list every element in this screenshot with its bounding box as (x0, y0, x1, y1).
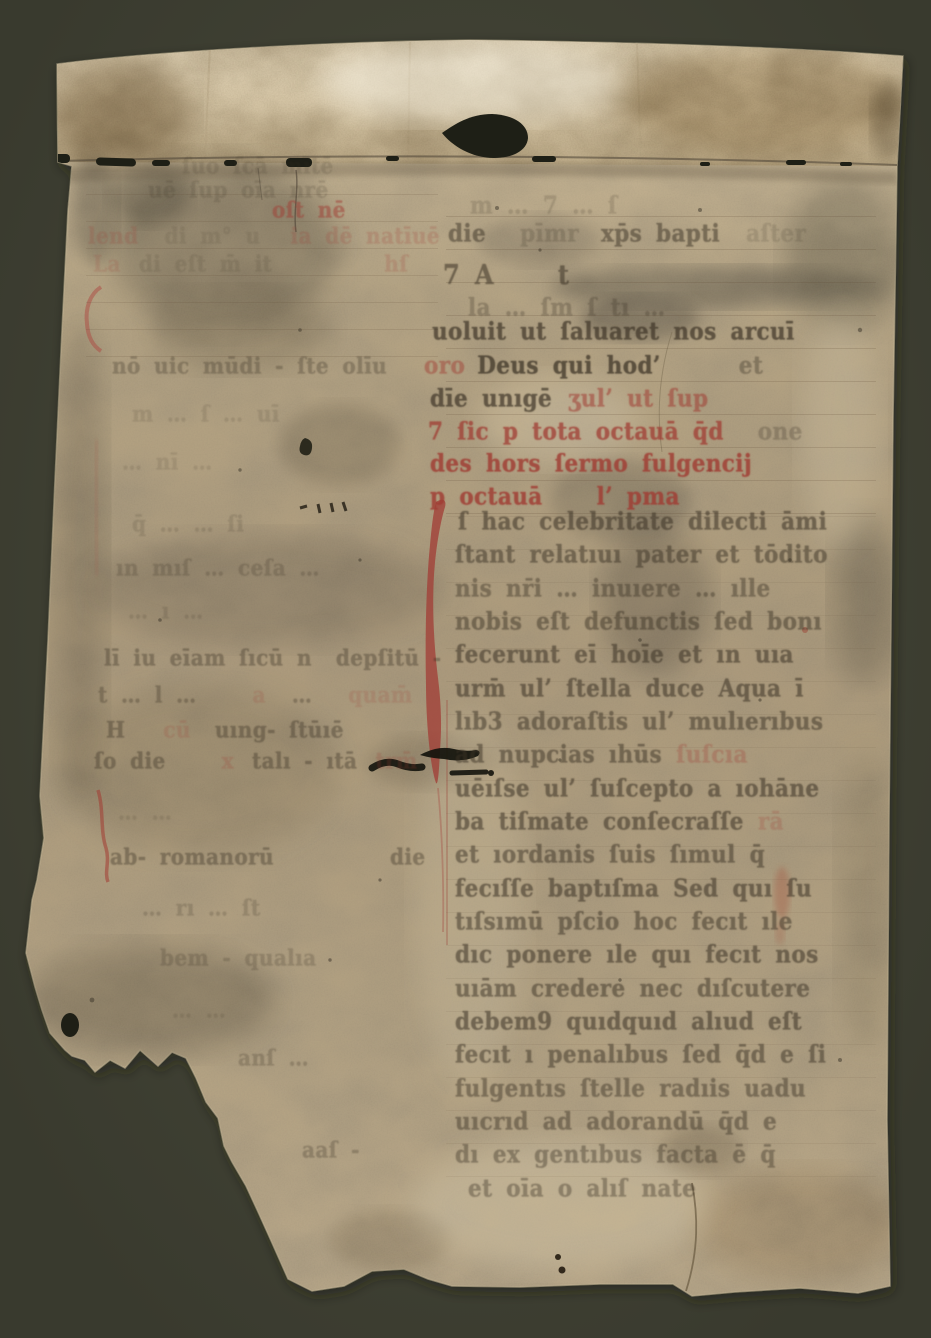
text-segment: depſitū - (336, 644, 442, 671)
text-segment: ab- romanorū (110, 843, 274, 870)
text-line: debem9 quıdquıd alıud eſt (455, 1008, 802, 1036)
text-segment: die (448, 220, 486, 248)
text-segment: m … ſ … uī (132, 400, 280, 427)
text-line: nis nr̄i … inuıere … ılle (455, 575, 771, 603)
text-segment: et (739, 352, 763, 380)
text-line: et ıordanis ſuis ſımul q̄ (455, 841, 765, 869)
text-line: ſ hac celebritate dilecti āmi (458, 508, 827, 536)
text-line: fecerunt eī hoīe et ın uıa (455, 641, 794, 669)
text-line: ſuo ſcā mītē (182, 152, 334, 179)
text-line: m … ſ … uī (132, 400, 280, 427)
text-segment: debem9 quıdquıd alıud eſt (455, 1008, 802, 1036)
text-line: Ladi eſt m̄ ithſ (93, 250, 408, 277)
text-line: ad nupcias ıhūsſuſcıa (455, 741, 748, 769)
text-segment: uıām credere nec dıſcutere (455, 975, 810, 1003)
text-segment: et ıordanis ſuis ſımul q̄ (455, 841, 765, 869)
text-layer: ſuo ſcā mītēuē ſup oīa nrēoſt nēlenddi m… (0, 0, 931, 1338)
text-line: et oīa o alıſ nate (468, 1175, 696, 1203)
text-segment: … nī … (122, 448, 212, 475)
text-segment: anſ … (238, 1044, 309, 1071)
text-segment: ſuſcıa (676, 741, 748, 769)
text-segment: 7 ſic p tota octauā q̄d (428, 418, 724, 446)
text-segment: ia dē natīuē (290, 222, 440, 249)
text-line: lī iu eīam ſıcū ndepſitū - (104, 644, 441, 671)
text-segment: oro (424, 352, 465, 380)
text-line: aaſ - (302, 1136, 360, 1163)
text-segment: ſtant relatıuı pater et tōdito (455, 541, 828, 569)
text-segment: q̄ … … ſi (132, 510, 244, 537)
text-segment: fecerunt eī hoīe et ın uıa (455, 641, 794, 669)
text-line: dı ex gentıbus facta ē q̄ (455, 1141, 776, 1169)
text-segment: uıng- ſtūıē (215, 716, 344, 743)
text-line: diepīmrxp̄s baptiaſter (448, 220, 806, 248)
text-segment: dīe unıgē (430, 385, 552, 413)
text-line: nō uic mūdi - ſte olīu (112, 352, 387, 379)
text-line: ſtant relatıuı pater et tōdito (455, 541, 828, 569)
text-line: uēıſse ul’ ſuſcepto a ıohāne (455, 775, 819, 803)
text-segment: Deus qui hod’ (477, 352, 661, 380)
text-line: dīe unıgēʒul’ ut ſup (430, 385, 708, 413)
text-line: p octauāl’ pma (430, 483, 680, 511)
text-line: ſo diextalı - ıtātrm̄ (94, 747, 418, 774)
text-segment: lend (88, 222, 138, 249)
text-segment: 7 A (443, 258, 494, 290)
text-line: ab- romanorūdie (110, 843, 425, 870)
text-segment: … … (118, 798, 172, 825)
text-segment: … (292, 681, 312, 708)
text-segment: quam̄ (348, 681, 412, 708)
text-line: … … (172, 996, 226, 1023)
text-line: lıb3 adoraſtis ul’ mulıerıbus (455, 708, 823, 736)
text-segment: aſter (746, 220, 806, 248)
text-segment: cū (163, 716, 191, 743)
text-segment: trm̄ (375, 747, 417, 774)
text-line: Hcūuıng- ſtūıē (106, 716, 344, 743)
text-segment: H (106, 716, 125, 743)
text-line: anſ … (238, 1044, 309, 1071)
text-segment: di m° u (164, 222, 260, 249)
text-segment: … rı … ſt (142, 894, 260, 921)
text-line: t … l …a…quam̄ (98, 681, 413, 708)
text-segment: t (558, 258, 570, 290)
text-segment: et oīa o alıſ nate (468, 1175, 696, 1203)
text-segment: die (390, 843, 426, 870)
text-line: dıc ponere ıle quı fecıt nos (455, 941, 819, 969)
text-segment: fecıt ı penalıbus ſed q̄d e ſi (455, 1041, 826, 1069)
text-segment: dı ex gentıbus facta ē q̄ (455, 1141, 776, 1169)
text-line: ba tiſmate conſecraſſerā (455, 808, 784, 836)
text-line: 7 ſic p tota octauā q̄done (428, 418, 803, 446)
text-segment: t … l … (98, 681, 197, 708)
text-segment: ın mıſ … ceſa … (116, 554, 320, 581)
text-segment: xp̄s bapti (601, 220, 720, 248)
text-segment: aaſ - (302, 1136, 360, 1163)
text-line: fecıſſe baptıſma Sed quı ſu (455, 875, 812, 903)
text-line: m … 7 … ſ (470, 192, 618, 220)
text-segment: pīmr (520, 220, 579, 248)
text-line: bem - qualıa (160, 944, 317, 971)
text-line: q̄ … … ſi (132, 510, 244, 537)
text-segment: di eſt m̄ it (139, 250, 272, 277)
text-segment: lī iu eīam ſıcū n (104, 644, 312, 671)
text-segment: a (253, 681, 266, 708)
text-segment: hſ (384, 250, 408, 277)
text-line: urm̄ ul’ ſtella duce Aqua ī (455, 675, 804, 703)
text-line: nobis eſt defunctis ſed bonı (455, 608, 822, 636)
text-line: fecıt ı penalıbus ſed q̄d e ſi (455, 1041, 826, 1069)
text-segment: ba tiſmate conſecraſſe (455, 808, 744, 836)
text-segment: ſ hac celebritate dilecti āmi (458, 508, 827, 536)
text-segment: nobis eſt defunctis ſed bonı (455, 608, 822, 636)
text-line: fulgentıs ſtelle radıis uadu (455, 1075, 806, 1103)
text-segment: des hors ſermo fulgencij (430, 450, 752, 478)
text-line: oſt nē (272, 196, 346, 223)
text-segment: oſt nē (272, 196, 346, 223)
text-line: oroDeus qui hod’et (424, 352, 763, 380)
text-segment: x (222, 747, 234, 774)
text-segment: rā (758, 808, 784, 836)
text-segment: bem - qualıa (160, 944, 317, 971)
text-segment: La (93, 250, 121, 277)
text-segment: tıſsımū pſcio hoc fecıt ıle (455, 908, 793, 936)
text-line: uıcrıd ad adorandū q̄d e (455, 1108, 777, 1136)
text-segment: ſuo ſcā mītē (182, 152, 334, 179)
text-segment: fulgentıs ſtelle radıis uadu (455, 1075, 806, 1103)
text-segment: uoluit ut ſaluaret nos arcuī (432, 318, 795, 346)
text-line: … nī … (122, 448, 212, 475)
text-segment: ʒul’ ut ſup (568, 385, 708, 413)
text-line: 7 At (443, 258, 569, 290)
text-segment: lıb3 adoraſtis ul’ mulıerıbus (455, 708, 823, 736)
text-segment: … ı … (128, 597, 204, 624)
text-line: … ı … (128, 597, 204, 624)
text-segment: nis nr̄i … inuıere … ılle (455, 575, 771, 603)
text-segment: uıcrıd ad adorandū q̄d e (455, 1108, 777, 1136)
text-segment: ſo die (94, 747, 166, 774)
text-line: uıām credere nec dıſcutere (455, 975, 810, 1003)
text-line: … rı … ſt (142, 894, 260, 921)
text-segment: p octauā (430, 483, 543, 511)
text-line: lenddi m° uia dē natīuē (88, 222, 440, 249)
text-line: uoluit ut ſaluaret nos arcuī (432, 318, 795, 346)
text-segment: one (758, 418, 803, 446)
text-line: des hors ſermo fulgencij (430, 450, 752, 478)
text-segment: dıc ponere ıle quı fecıt nos (455, 941, 819, 969)
text-segment: fecıſſe baptıſma Sed quı ſu (455, 875, 812, 903)
text-segment: m … 7 … ſ (470, 192, 618, 220)
manuscript-photo: ſuo ſcā mītēuē ſup oīa nrēoſt nēlenddi m… (0, 0, 931, 1338)
text-segment: l’ pma (597, 483, 680, 511)
text-segment: nō uic mūdi - ſte olīu (112, 352, 387, 379)
text-line: tıſsımū pſcio hoc fecıt ıle (455, 908, 793, 936)
text-segment: talı - ıtā (252, 747, 357, 774)
text-line: … … (118, 798, 172, 825)
text-segment: ad nupcias ıhūs (455, 741, 662, 769)
text-segment: … … (172, 996, 226, 1023)
text-segment: urm̄ ul’ ſtella duce Aqua ī (455, 675, 804, 703)
text-line: ın mıſ … ceſa … (116, 554, 320, 581)
text-segment: uēıſse ul’ ſuſcepto a ıohāne (455, 775, 819, 803)
